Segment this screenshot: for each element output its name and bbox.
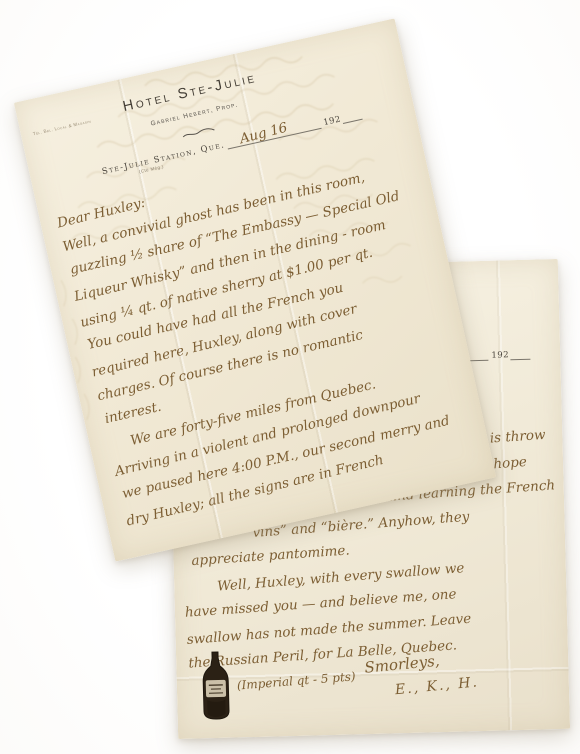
bottle-sketch-icon — [200, 650, 232, 727]
year-blank-line — [339, 104, 362, 124]
printed-year: 192 — [321, 114, 342, 128]
printed-year: 192 — [490, 350, 510, 361]
handwriting-line: is throw — [489, 423, 549, 452]
year-blank-line — [510, 344, 530, 361]
handwriting-page1: Dear Huxley: Well, a convivial ghost has… — [54, 128, 486, 534]
bottle-caption: (Imperial qt - 5 pts) — [236, 669, 356, 692]
letter-sheet-1: Tél. Bel. Local & Magasin Hotel Ste-Juli… — [14, 18, 496, 561]
signature-initials: E., K., H. — [394, 674, 479, 698]
letter-photo: 192 is throw gloves, I hope not mind lea… — [0, 0, 580, 754]
